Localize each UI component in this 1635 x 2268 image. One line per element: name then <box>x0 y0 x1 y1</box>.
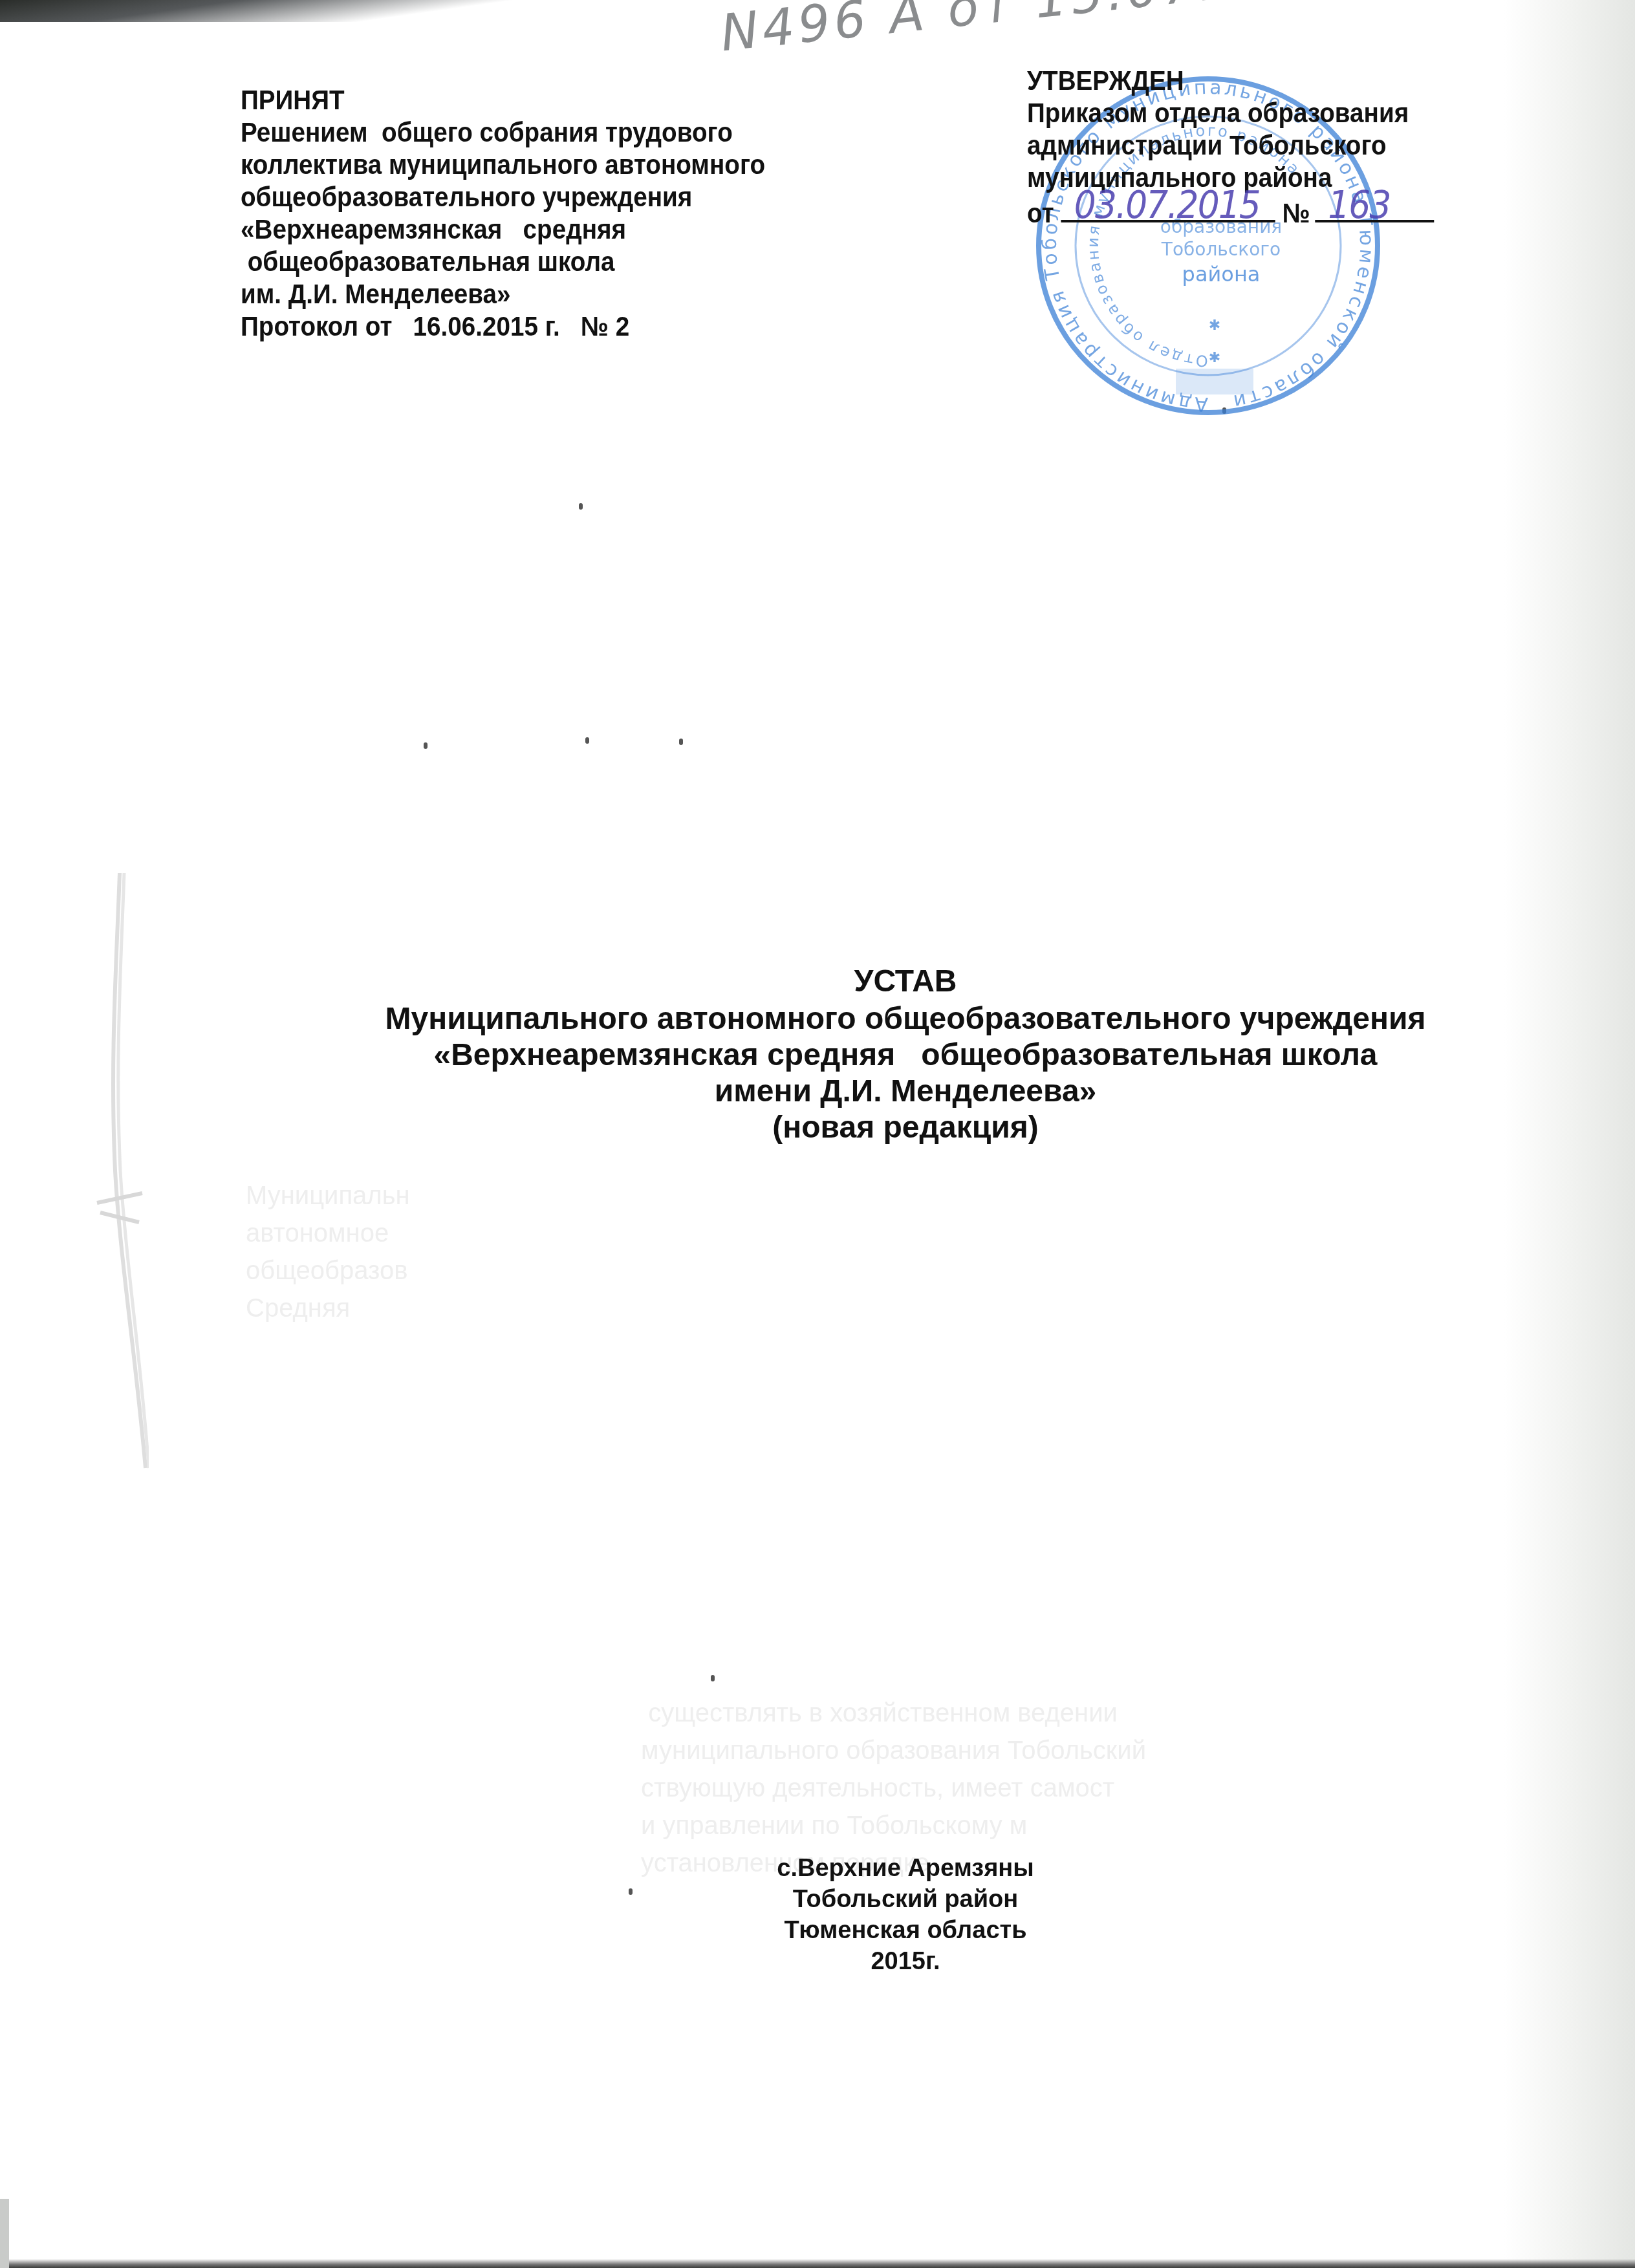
scan-speck <box>424 742 428 749</box>
handwritten-registration-note: N496 А от 15.07.2015 <box>718 0 1364 63</box>
scan-speck <box>629 1888 633 1895</box>
svg-text:✱: ✱ <box>1209 349 1220 365</box>
accepted-line: «Верхнеаремзянская средняя <box>241 213 765 246</box>
charter-title-line: Муниципального автономного общеобразоват… <box>323 1001 1488 1037</box>
charter-title: УСТАВ <box>323 964 1488 1000</box>
stamp-center-line: района <box>1182 262 1261 286</box>
district-name: Тобольский район <box>647 1884 1164 1915</box>
scan-edge-left <box>0 2199 9 2268</box>
number-prefix: № <box>1283 198 1310 228</box>
charter-title-line: имени Д.И. Менделеева» <box>323 1074 1488 1110</box>
handwritten-number: 163 <box>1328 189 1390 221</box>
accepted-block: ПРИНЯТ Решением общего собрания трудовог… <box>241 84 765 343</box>
accepted-heading: ПРИНЯТ <box>241 84 765 116</box>
edition-note: (новая редакция) <box>323 1110 1488 1146</box>
approved-line: Приказом отдела образования <box>1027 97 1434 129</box>
binding-string <box>91 867 149 1474</box>
charter-title-line: «Верхнеаремзянская средняя общеобразоват… <box>323 1037 1488 1074</box>
order-date-field: 03.07.2015 <box>1061 194 1275 222</box>
scan-speck <box>711 1675 715 1681</box>
accepted-line: им. Д.И. Менделеева» <box>241 278 765 310</box>
village-name: с.Верхние Аремзяны <box>647 1853 1164 1884</box>
scanned-page: N496 А от 15.07.2015 Муниципальн автоном… <box>0 0 1635 2268</box>
accepted-line: общеобразовательная школа <box>241 246 765 278</box>
order-date-number-line: от03.07.2015 №163 <box>1027 194 1434 230</box>
date-prefix: от <box>1027 198 1054 228</box>
year: 2015г. <box>647 1946 1164 1977</box>
accepted-line: общеобразовательного учреждения <box>241 181 765 213</box>
handwritten-date: 03.07.2015 <box>1074 189 1260 221</box>
order-number-field: 163 <box>1315 194 1434 222</box>
scan-speck <box>585 737 589 744</box>
scan-edge-shadow-top <box>0 0 530 22</box>
protocol-line: Протокол от 16.06.2015 г. № 2 <box>241 310 765 343</box>
charter-title-block: УСТАВ Муниципального автономного общеобр… <box>323 964 1488 1146</box>
bleed-through-text: Муниципальн автономное общеобразов Средн… <box>246 1177 410 1327</box>
region-name: Тюменская область <box>647 1915 1164 1946</box>
stamp-center-line: Тобольского <box>1161 239 1281 260</box>
approved-block: УТВЕРЖДЕН Приказом отдела образования ад… <box>1027 65 1434 230</box>
approved-line: администрации Тобольского <box>1027 129 1434 162</box>
place-year-block: с.Верхние Аремзяны Тобольский район Тюме… <box>647 1853 1164 1977</box>
approved-heading: УТВЕРЖДЕН <box>1027 65 1434 97</box>
scan-speck <box>579 503 583 510</box>
accepted-line: Решением общего собрания трудового <box>241 116 765 149</box>
scan-speck <box>679 739 683 745</box>
accepted-line: коллектива муниципального автономного <box>241 149 765 181</box>
scan-edge-shadow-bottom <box>0 2259 1635 2268</box>
svg-text:✱: ✱ <box>1209 317 1220 333</box>
